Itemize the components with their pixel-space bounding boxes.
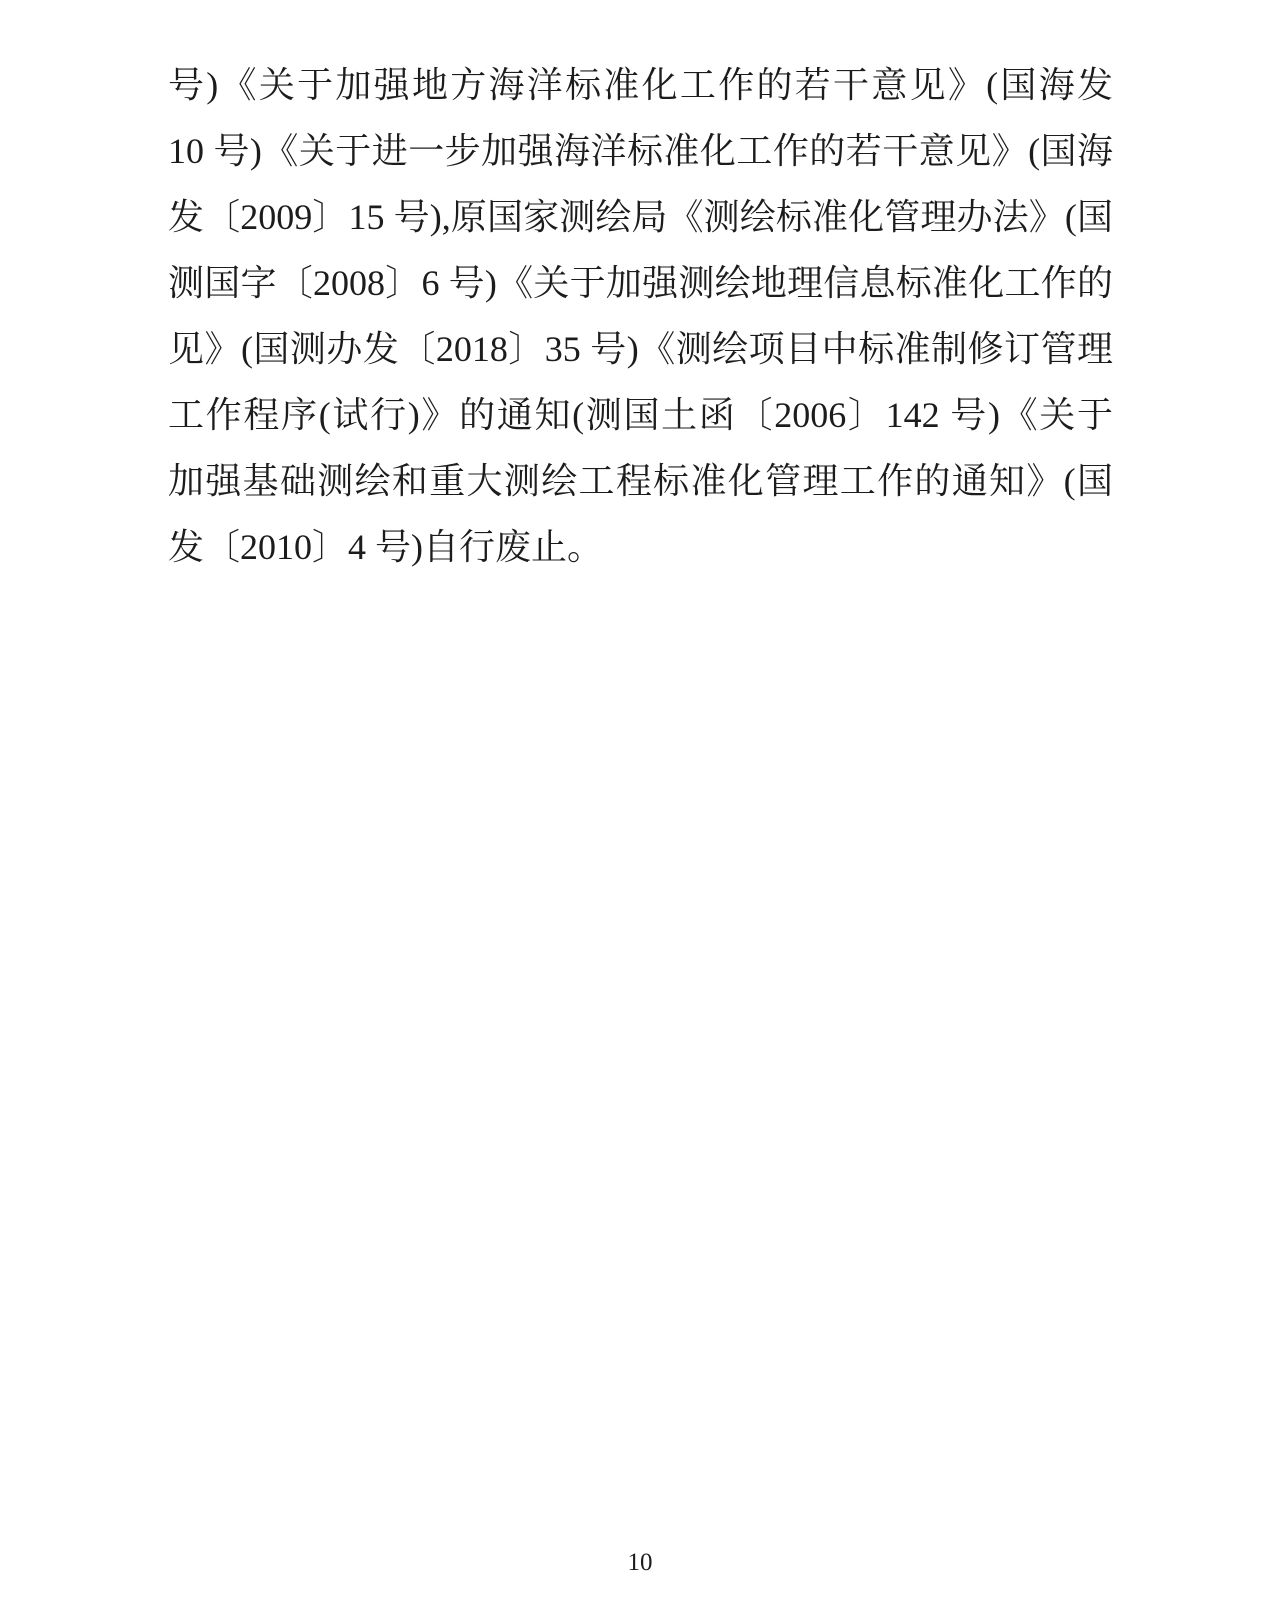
page-number: 10 [0, 1547, 1280, 1579]
paragraph-line: 工作程序(试行)》的通知(测国土函〔2006〕142 号)《关于 [168, 382, 1113, 448]
paragraph-line: 发〔2010〕4 号)自行废止。 [168, 514, 1113, 580]
paragraph-line: 发〔2009〕15 号),原国家测绘局《测绘标准化管理办法》(国 [168, 184, 1113, 250]
paragraph-line: 见》(国测办发〔2018〕35 号)《测绘项目中标准制修订管理 [168, 316, 1113, 382]
document-page: 号)《关于加强地方海洋标准化工作的若干意见》(国海发〔2008〕 10 号)《关… [0, 0, 1280, 1604]
paragraph-line: 测国字〔2008〕6 号)《关于加强测绘地理信息标准化工作的意 [168, 250, 1113, 316]
paragraph-continuation: 号)《关于加强地方海洋标准化工作的若干意见》(国海发〔2008〕 10 号)《关… [168, 52, 1113, 580]
paragraph-line: 号)《关于加强地方海洋标准化工作的若干意见》(国海发〔2008〕 [168, 52, 1113, 118]
paragraph-line: 10 号)《关于进一步加强海洋标准化工作的若干意见》(国海 [168, 118, 1113, 184]
paragraph-line: 加强基础测绘和重大测绘工程标准化管理工作的通知》(国测科 [168, 448, 1113, 514]
